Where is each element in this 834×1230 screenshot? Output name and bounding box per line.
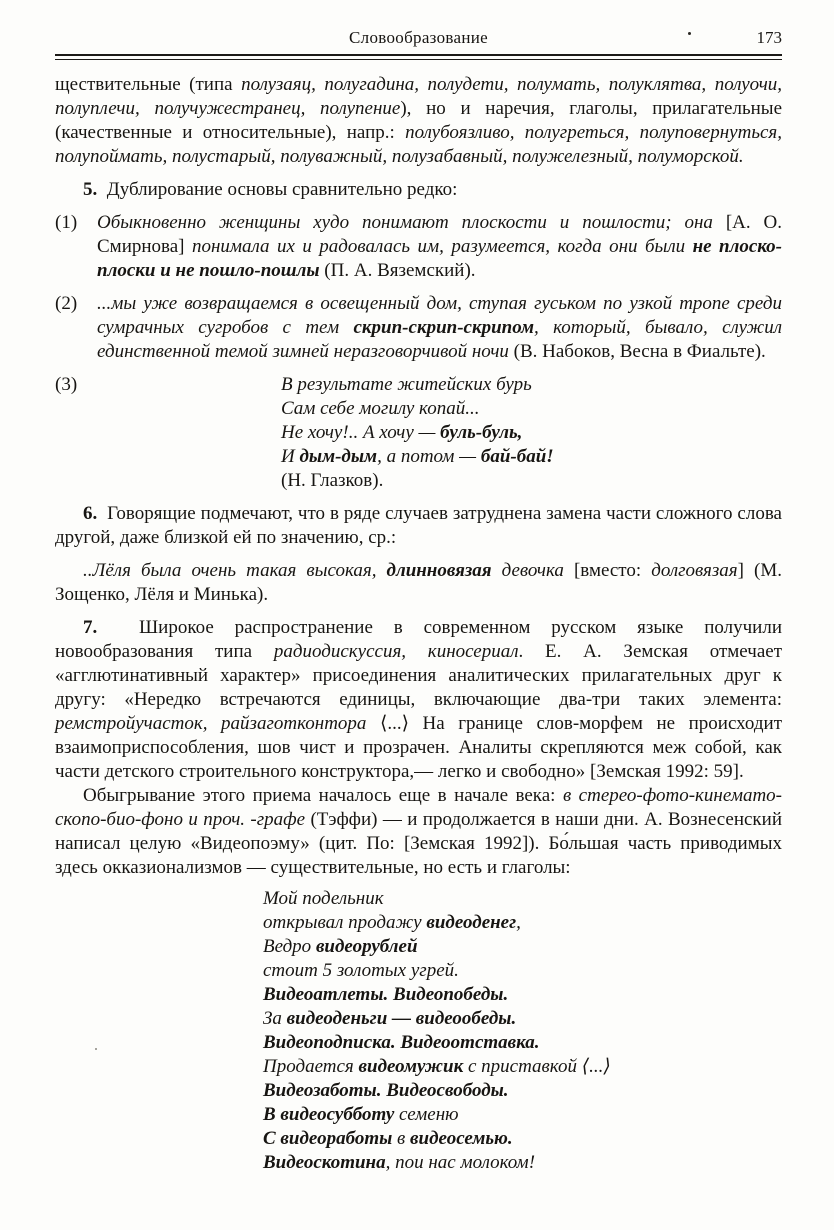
text-segment: Видеоатлеты. Видеопобеды. — [263, 984, 508, 1005]
example-3-label: (3) — [55, 373, 77, 397]
poem-line: Сам себе могилу копай... — [281, 397, 782, 421]
text-segment: Продается — [263, 1056, 359, 1077]
text-segment: с приставкой ⟨...⟩ — [463, 1056, 611, 1077]
poem-line: Видеозаботы. Видеосвободы. — [263, 1079, 782, 1103]
scan-artifact-dot — [95, 1048, 97, 1050]
section-7-paragraph: 7. Широкое распространение в современном… — [55, 616, 782, 784]
poem-line: Видеоскотина, пои нас молоком! — [263, 1151, 782, 1175]
poem-line: Ведро видеорублей — [263, 935, 782, 959]
text-segment: Обыкновенно женщины худо понимают плоско… — [97, 212, 726, 233]
text-segment: Ведро — [263, 936, 316, 957]
text-segment: видеоденег — [426, 912, 516, 933]
text-segment: стоит 5 золотых угрей. — [263, 960, 459, 981]
text-segment: В результате житейских бурь — [281, 374, 532, 395]
text-segment: (В. Набоков, Весна в Фиальте). — [514, 341, 766, 362]
text-segment: , пои нас молоком! — [386, 1152, 535, 1173]
section-5-heading: 5. Дублирование основы сравнительно редк… — [55, 178, 782, 202]
poem-line: Продается видеомужик с приставкой ⟨...⟩ — [263, 1055, 782, 1079]
text-segment: семеню — [394, 1104, 458, 1125]
example-item-1: (1) Обыкновенно женщины худо понимают пл… — [55, 211, 782, 283]
text-segment: В видеосубботу — [263, 1104, 394, 1125]
text-segment: С видеоработы — [263, 1128, 392, 1149]
text-segment: скрип-скрип-скрипом — [353, 317, 534, 338]
poem-line: За видеоденьги — видеообеды. — [263, 1007, 782, 1031]
text-segment: , а потом — — [377, 446, 481, 467]
text-segment: понимала их и радовалась им, разумеется,… — [192, 236, 693, 257]
zoschenko-quote: ..Лёля была очень такая высокая, длиннов… — [55, 559, 782, 607]
text-segment: бай-бай! — [481, 446, 554, 467]
header-rule-bottom — [55, 59, 782, 60]
text-segment: И — [281, 446, 299, 467]
text-segment: , — [516, 912, 521, 933]
poem-line: С видеоработы в видеосемью. — [263, 1127, 782, 1151]
page-number: 173 — [757, 27, 783, 49]
example-item-2: (2) ...мы уже возвращаемся в освещенный … — [55, 292, 782, 364]
text-segment: видеоденьги — видеообеды. — [287, 1008, 517, 1029]
chapter-title: Словообразование — [349, 28, 488, 47]
poem-line: Видеоатлеты. Видеопобеды. — [263, 983, 782, 1007]
text-segment: ществительные (типа — [55, 74, 241, 95]
example-1-text: Обыкновенно женщины худо понимают плоско… — [97, 211, 782, 283]
poem-line: В видеосубботу семеню — [263, 1103, 782, 1127]
paragraph-continuation: ществительные (типа полузаяц, полугадина… — [55, 73, 782, 169]
running-head: Словообразование 173 — [55, 27, 782, 49]
text-segment: видеосемью. — [410, 1128, 513, 1149]
text-segment: долговязая — [651, 560, 737, 581]
text-segment: буль-буль, — [440, 422, 522, 443]
text-segment: 6. — [83, 503, 97, 524]
section-6-paragraph: 6. Говорящие подмечают, что в ряде случа… — [55, 502, 782, 550]
poem-line: Не хочу!.. А хочу — буль-буль, — [281, 421, 782, 445]
text-segment: длинновязая — [387, 560, 502, 581]
text-segment: (П. А. Вяземский). — [324, 260, 475, 281]
text-segment: 5. — [83, 179, 97, 200]
example-2-label: (2) — [55, 292, 77, 316]
text-segment: Не хочу!.. А хочу — — [281, 422, 440, 443]
text-segment: Видеоподписка. Видеоотставка. — [263, 1032, 540, 1053]
example-1-label: (1) — [55, 211, 77, 235]
text-segment: ..Лёля была очень такая высокая, — [83, 560, 387, 581]
text-segment: Видеоскотина — [263, 1152, 386, 1173]
text-segment: радиодискуссия, киносериал — [274, 641, 519, 662]
text-segment: видеомужик — [359, 1056, 464, 1077]
text-segment: 7. — [83, 617, 97, 638]
text-segment: открывал продажу — [263, 912, 426, 933]
text-segment: Дублирование основы сравнительно редко: — [97, 179, 457, 200]
poem-line: открывал продажу видеоденег, — [263, 911, 782, 935]
text-segment: ремстройучасток, райзаготконтора — [55, 713, 380, 734]
text-segment: [вместо: — [574, 560, 651, 581]
text-segment: За — [263, 1008, 287, 1029]
poem-line: Видеоподписка. Видеоотставка. — [263, 1031, 782, 1055]
scan-artifact-dot — [688, 32, 691, 35]
text-segment: Мой подельник — [263, 888, 384, 909]
example-item-3: (3) В результате житейских бурьСам себе … — [55, 373, 782, 493]
poem-line: И дым-дым, а потом — бай-бай! — [281, 445, 782, 469]
header-rule-top — [55, 54, 782, 56]
text-segment: видеорублей — [316, 936, 418, 957]
text-segment: дым-дым — [299, 446, 377, 467]
text-segment: Обыгрывание этого приема началось еще в … — [83, 785, 563, 806]
poem-line: (Н. Глазков). — [281, 469, 782, 493]
book-page: Словообразование 173 ществительные (типа… — [0, 0, 834, 1230]
example-2-text: ...мы уже возвращаемся в освещенный дом,… — [97, 292, 782, 364]
text-segment: (Н. Глазков). — [281, 470, 383, 491]
text-segment: в — [392, 1128, 410, 1149]
text-segment: девочка — [502, 560, 574, 581]
text-segment: Говорящие подмечают, что в ряде случаев … — [55, 503, 782, 548]
glazkov-poem: В результате житейских бурьСам себе моги… — [281, 373, 782, 493]
paragraph-obygryvanie: Обыгрывание этого приема началось еще в … — [55, 784, 782, 880]
poem-line: Мой подельник — [263, 887, 782, 911]
text-segment: Видеозаботы. Видеосвободы. — [263, 1080, 509, 1101]
poem-line: В результате житейских бурь — [281, 373, 782, 397]
text-segment: Сам себе могилу копай... — [281, 398, 479, 419]
poem-line: стоит 5 золотых угрей. — [263, 959, 782, 983]
voznesensky-video-poem: Мой подельникоткрывал продажу видеоденег… — [263, 887, 782, 1175]
